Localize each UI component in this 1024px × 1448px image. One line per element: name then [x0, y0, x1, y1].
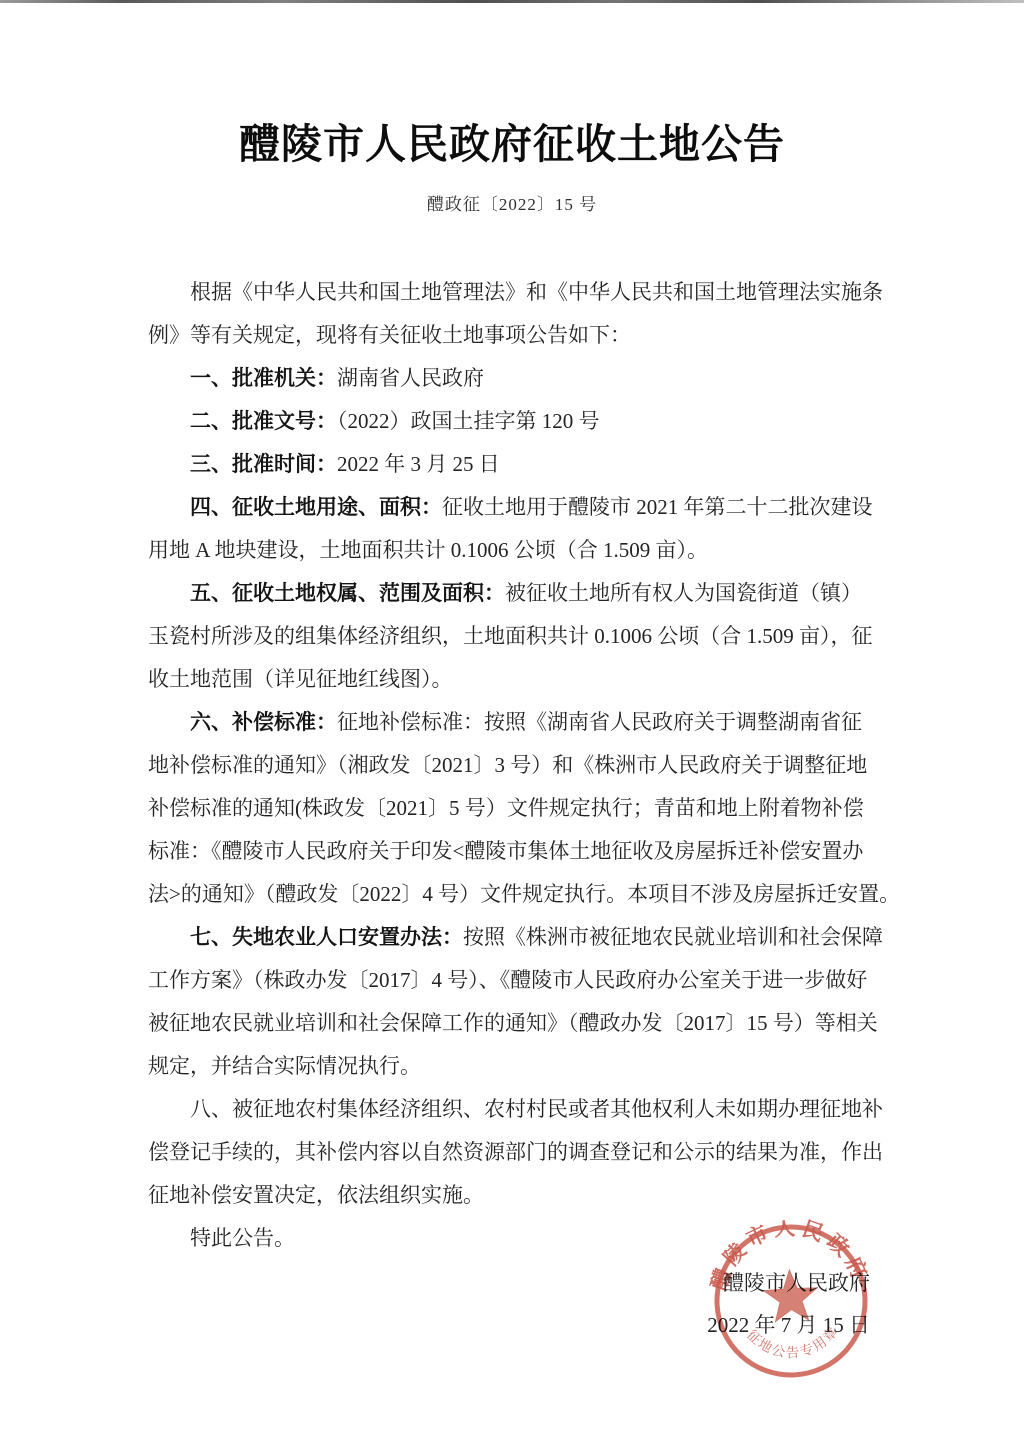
paragraph-label: 七、失地农业人口安置办法：: [190, 925, 463, 949]
document-line: 玉瓷村所涉及的组集体经济组织，土地面积共计 0.1006 公顷（合 1.509 …: [148, 615, 884, 658]
paragraph-text: 收土地范围（详见征地红线图）。: [148, 667, 453, 691]
paragraph-text: 法>的通知》（醴政发〔2022〕4 号）文件规定执行。本项目不涉及房屋拆迁安置。: [148, 882, 900, 906]
document-line: 二、批准文号：（2022）政国土挂字第 120 号: [148, 400, 884, 443]
paragraph-text: 地补偿标准的通知》（湘政发〔2021〕3 号）和《株洲市人民政府关于调整征地: [148, 753, 867, 777]
signature-block: 醴陵市人民政府 2022 年 7 月 15 日: [148, 1262, 884, 1346]
document-line: 被征地农民就业培训和社会保障工作的通知》（醴政办发〔2017〕15 号）等相关: [148, 1002, 884, 1045]
paragraph-text: 征收土地用于醴陵市 2021 年第二十二批次建设: [442, 495, 873, 519]
paragraph-text: 八、被征地农村集体经济组织、农村村民或者其他权利人未如期办理征地补: [190, 1097, 883, 1121]
document-number: 醴政征〔2022〕15 号: [0, 190, 1024, 215]
document-line: 法>的通知》（醴政发〔2022〕4 号）文件规定执行。本项目不涉及房屋拆迁安置。: [148, 873, 884, 916]
paragraph-text: 标准：《醴陵市人民政府关于印发<醴陵市集体土地征收及房屋拆迁补偿安置办: [148, 839, 863, 863]
document-line: 四、征收土地用途、面积：征收土地用于醴陵市 2021 年第二十二批次建设: [148, 486, 884, 529]
paragraph-text: 工作方案》（株政办发〔2017〕4 号）、《醴陵市人民政府办公室关于进一步做好: [148, 968, 867, 992]
document-body: 根据《中华人民共和国土地管理法》和《中华人民共和国土地管理法实施条例》等有关规定…: [148, 271, 884, 1260]
document-line: 特此公告。: [148, 1217, 884, 1260]
document-line: 标准：《醴陵市人民政府关于印发<醴陵市集体土地征收及房屋拆迁补偿安置办: [148, 830, 884, 873]
paragraph-text: 被征收土地所有权人为国瓷街道（镇）: [505, 581, 862, 605]
paragraph-text: 根据《中华人民共和国土地管理法》和《中华人民共和国土地管理法实施条: [190, 280, 883, 304]
scan-edge-artifact: [0, 0, 1024, 3]
paragraph-text: 2022 年 3 月 25 日: [337, 452, 500, 476]
document-line: 征地补偿安置决定，依法组织实施。: [148, 1174, 884, 1217]
paragraph-text: 玉瓷村所涉及的组集体经济组织，土地面积共计 0.1006 公顷（合 1.509 …: [148, 624, 873, 648]
document-line: 偿登记手续的，其补偿内容以自然资源部门的调查登记和公示的结果为准，作出: [148, 1131, 884, 1174]
paragraph-text: 规定，并结合实际情况执行。: [148, 1054, 421, 1078]
paragraph-label: 六、补偿标准：: [190, 710, 337, 734]
paragraph-label: 四、征收土地用途、面积：: [190, 495, 442, 519]
document-line: 地补偿标准的通知》（湘政发〔2021〕3 号）和《株洲市人民政府关于调整征地: [148, 744, 884, 787]
document-line: 一、批准机关：湖南省人民政府: [148, 357, 884, 400]
document-line: 三、批准时间：2022 年 3 月 25 日: [148, 443, 884, 486]
paragraph-text: 偿登记手续的，其补偿内容以自然资源部门的调查登记和公示的结果为准，作出: [148, 1140, 883, 1164]
paragraph-text: 特此公告。: [190, 1226, 295, 1250]
paragraph-label: 二、批准文号：: [190, 409, 337, 433]
paragraph-text: 按照《株洲市被征地农民就业培训和社会保障: [463, 925, 883, 949]
paragraph-text: 湖南省人民政府: [337, 366, 484, 390]
document-line: 规定，并结合实际情况执行。: [148, 1045, 884, 1088]
paragraph-text: 征地补偿标准：按照《湖南省人民政府关于调整湖南省征: [337, 710, 862, 734]
document-line: 工作方案》（株政办发〔2017〕4 号）、《醴陵市人民政府办公室关于进一步做好: [148, 959, 884, 1002]
paragraph-text: 被征地农民就业培训和社会保障工作的通知》（醴政办发〔2017〕15 号）等相关: [148, 1011, 878, 1035]
scanned-document-page: 醴陵市人民政府征收土地公告 醴政征〔2022〕15 号 根据《中华人民共和国土地…: [0, 0, 1024, 1448]
signature-date: 2022 年 7 月 15 日: [148, 1304, 884, 1346]
document-line: 收土地范围（详见征地红线图）。: [148, 658, 884, 701]
document-line: 根据《中华人民共和国土地管理法》和《中华人民共和国土地管理法实施条: [148, 271, 884, 314]
document-line: 六、补偿标准：征地补偿标准：按照《湖南省人民政府关于调整湖南省征: [148, 701, 884, 744]
paragraph-text: 例》等有关规定，现将有关征收土地事项公告如下：: [148, 323, 631, 347]
paragraph-label: 五、征收土地权属、范围及面积：: [190, 581, 505, 605]
paragraph-label: 一、批准机关：: [190, 366, 337, 390]
paragraph-text: （2022）政国土挂字第 120 号: [337, 409, 600, 433]
paragraph-text: 补偿标准的通知(株政发〔2021〕5 号）文件规定执行；青苗和地上附着物补偿: [148, 796, 864, 820]
document-line: 五、征收土地权属、范围及面积：被征收土地所有权人为国瓷街道（镇）: [148, 572, 884, 615]
signature-issuer: 醴陵市人民政府: [148, 1262, 884, 1304]
document-title: 醴陵市人民政府征收土地公告: [0, 0, 1024, 170]
paragraph-text: 用地 A 地块建设，土地面积共计 0.1006 公顷（合 1.509 亩）。: [148, 538, 708, 562]
document-line: 补偿标准的通知(株政发〔2021〕5 号）文件规定执行；青苗和地上附着物补偿: [148, 787, 884, 830]
document-line: 七、失地农业人口安置办法：按照《株洲市被征地农民就业培训和社会保障: [148, 916, 884, 959]
paragraph-text: 征地补偿安置决定，依法组织实施。: [148, 1183, 484, 1207]
document-line: 例》等有关规定，现将有关征收土地事项公告如下：: [148, 314, 884, 357]
paragraph-label: 三、批准时间：: [190, 452, 337, 476]
document-line: 八、被征地农村集体经济组织、农村村民或者其他权利人未如期办理征地补: [148, 1088, 884, 1131]
document-line: 用地 A 地块建设，土地面积共计 0.1006 公顷（合 1.509 亩）。: [148, 529, 884, 572]
